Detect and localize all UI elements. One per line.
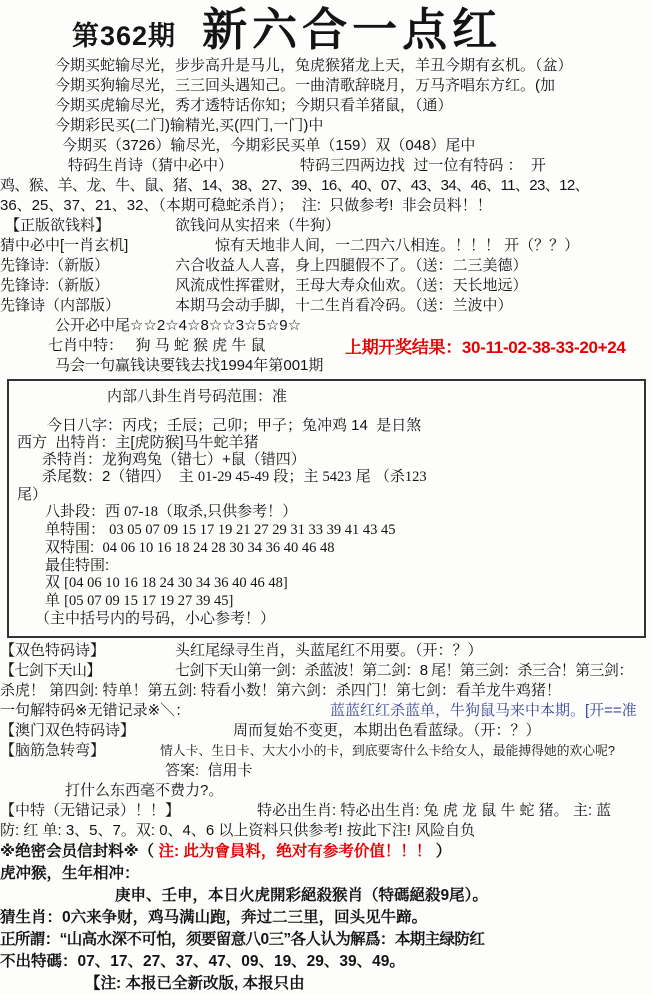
member-note-line: ※绝密会员信封料※（ 注: 此为會員料，绝对有参考价值！！！ ） (0, 841, 652, 863)
text-segment: 36、25、37、21、32、（本期可稳蛇杀肖）； 注: 只做参考! 非会员料！… (0, 197, 492, 214)
bazi-line-2: 西方 出特肖：主[虎防猴]马牛蛇羊猪 (17, 434, 638, 451)
text-segment: ） (431, 843, 451, 860)
middle-left-lines: 公开必中尾☆☆2☆4☆8☆☆3☆5☆9☆七肖中特： 狗 马 蛇 猴 虎 牛 鼠马… (0, 316, 345, 376)
text-segment: 先锋诗:（新版） (0, 256, 175, 276)
qixiaozhongte-line: 七肖中特： 狗 马 蛇 猴 虎 牛 鼠 (0, 336, 345, 356)
bottom-text-block: 【双色特码诗】头红尾绿寻生肖，头蓝尾红不用要。（开：？）【七剑下天山】七剑下天山… (0, 641, 652, 995)
text-segment: 六合收益人人喜，身上四腿假不了。（送：二三美德） (175, 257, 528, 274)
zuijia-dan-line: 单 [05 07 09 15 17 19 27 39 45] (17, 592, 638, 610)
text-segment: 马会一句赢钱诀要钱去找1994年第001期 (55, 357, 323, 374)
page-title: 新六合一点红 (202, 5, 502, 55)
naojin-line: 【脑筋急转弯】情人卡、生日卡、大大小小的卡，到底要寄什么卡给女人，最能搏得她的欢… (0, 741, 652, 761)
text-segment: 西方 出特肖：主[虎防猴]马牛蛇羊猪 (17, 434, 259, 451)
text-segment: 先锋诗:（新版） (0, 276, 175, 296)
text-segment: 猜生肖：0六来争财，鸡马满山跑，奔过二三里，回头见牛蹄。 (0, 909, 427, 926)
text-segment: 虎冲猴，生年相冲： (0, 865, 140, 882)
text-segment: 5423 (323, 469, 352, 485)
riddle2-line: 打什么东西毫不费力?。 (0, 781, 652, 801)
text-segment: 欲钱问从实招来（牛狗） (175, 217, 340, 234)
shataxiao-line: 杀特肖：龙狗鸡兔（错七）+鼠（错四） (17, 451, 638, 468)
text-segment: 本期马会动手脚，十二生肖看冷码。（送：兰波中） (175, 297, 513, 314)
zuijiatewei-line: 最佳特围: (17, 557, 638, 574)
text-segment: 正所謂：“山高水深不可怕，须要留意八0三”各人认为解爲：本期主绿防红 (0, 931, 484, 948)
xianfengshi-1: 先锋诗:（新版）六合收益人人喜，身上四腿假不了。（送：二三美德） (0, 256, 652, 276)
qijian-line-1: 【七剑下天山】七剑下天山第一剑：杀蓝波！第二剑：8 尾！第三剑：杀三合！第三剑： (0, 661, 652, 681)
text-segment: 鸡、猴、羊、龙、牛、鼠、猪、14、38、27、39、16、40、07、43、34… (0, 177, 589, 194)
lottery-tip-sheet: 第362期 新六合一点红 今期买蛇输尽光，步步高升是马儿，兔虎猴猪龙上天，羊丑今… (0, 0, 652, 995)
top-text-block: 今期买蛇输尽光，步步高升是马儿，兔虎猴猪龙上天，羊丑今期有玄机。（盆）今期买狗输… (0, 56, 652, 316)
baguaduan-line: 八卦段：西 07-18（取杀,只供参考！） (17, 503, 638, 521)
text-segment: 今期彩民买(二门)输精光,买(四门,一门)中 (55, 117, 323, 134)
text-segment: （主中括号内的号码，小心参考！） (35, 610, 275, 627)
zhengsuowei-line: 正所謂：“山高水深不可怕，须要留意八0三”各人认为解爲：本期主绿防红 (0, 929, 652, 951)
text-segment: 杀虎！ 第四剑: 特单！第五剑: 特看小数！第六剑：杀四门！第七剑：看羊龙牛鸡猪… (0, 682, 561, 699)
text-segment: ※绝密会员信封料※（ (0, 843, 158, 860)
text-segment: 段；主 (269, 468, 322, 485)
text-segment: 答案: 信用卡 (165, 762, 253, 779)
text-segment: 杀特肖：龙狗鸡兔（错七）+鼠（错四） (42, 451, 306, 468)
huchonghou-line: 虎冲猴，生年相冲： (0, 863, 652, 885)
gengshen-line: 庚申、壬申，本日火虎開彩絕殺猴肖（特碼絕殺9尾）。 (0, 885, 652, 907)
bagua-box: 内部八卦生肖号码范围：准今日八字：丙戌；壬辰；己卯；甲子；兔冲鸡 14 是日煞西… (7, 379, 646, 638)
text-segment: 今期买蛇输尽光，步步高升是马儿，兔虎猴猪龙上天，羊丑今期有玄机。（盆） (55, 57, 573, 74)
text-segment: 【脑筋急转弯】 (0, 741, 160, 761)
box-title: 内部八卦生肖号码范围：准 (17, 388, 638, 405)
aomen-line: 【澳门双色特码诗】周而复始不变更，本期出色看蓝绿。（开：？） (0, 721, 652, 741)
text-segment: 双特围: (45, 539, 103, 556)
caimin-line: 今期彩民买(二门)输精光,买(四门,一门)中 (0, 116, 652, 136)
last-draw-result-label: 上期开奖结果： (345, 338, 462, 357)
text-segment: 尾 （杀 (352, 468, 405, 485)
shaweishu-line-2: 尾） (17, 486, 638, 503)
text-segment: 双 (45, 574, 64, 591)
text-segment: 惊有天地非人间，一二四六八相连。！！！ 开（？？） (215, 237, 579, 254)
text-segment: 【正版欲钱料】 (5, 216, 175, 236)
text-segment: 周而复始不变更，本期出色看蓝绿。（开：？） (233, 722, 541, 739)
zuijia-shuang-line: 双 [04 06 10 16 18 24 30 34 36 40 46 48] (17, 574, 638, 592)
text-segment: 八卦段：西 (45, 503, 124, 520)
footer-note-line: 【注: 本报已全新改版, 本报只由 (0, 973, 652, 995)
text-segment: 杀尾数：2（错四） 主 (42, 468, 198, 485)
buchutema-line: 不出特碼：07、17、27、37、47、09、19、29、39、49。 (0, 951, 652, 973)
mahui-line: 马会一句赢钱诀要钱去找1994年第001期 (0, 356, 345, 376)
yijujiete-line: 一句解特码※无错记录※＼：蓝蓝红红杀蓝单，牛狗鼠马来中本期。[开==准 (0, 701, 652, 721)
text-segment: （取杀,只供参考！） (158, 503, 297, 520)
last-draw-result-numbers: 30-11-02-38-33-20+24 (462, 338, 626, 357)
text-segment: 特码生肖诗（猜中必中） (68, 156, 300, 176)
text-segment: 防: 红 单: 3、5、7。双: 0、4、6 以上资料只供参考! 按此下注! 风… (0, 822, 475, 839)
text-segment: 情人卡、生日卡、大大小小的卡，到底要寄什么卡给女人，最能搏得她的欢心呢? (160, 743, 615, 758)
text-segment: 01-29 45-49 (198, 469, 269, 485)
text-segment: 先锋诗（内部版） (0, 296, 175, 316)
text-segment: 123 (405, 469, 427, 485)
text-segment: 头红尾绿寻生肖，头蓝尾红不用要。（开：？） (175, 642, 483, 659)
text-segment: 今日八字：丙戌；壬辰；己卯；甲子；兔冲鸡 14 是日煞 (47, 417, 421, 434)
xianfengshi-2: 先锋诗:（新版）风流成性挥霍财，王母大寿众仙欢。（送：天长地远） (0, 276, 652, 296)
text-segment: 内部八卦生肖号码范围：准 (107, 388, 287, 405)
danshuang-line: 今期买（3726）输尽光，今期彩民买单（159）双（048）尾中 (0, 136, 652, 156)
middle-row: 公开必中尾☆☆2☆4☆8☆☆3☆5☆9☆七肖中特： 狗 马 蛇 猴 虎 牛 鼠马… (0, 316, 652, 376)
text-segment: 单 (45, 592, 64, 609)
xianfengshi-3: 先锋诗（内部版）本期马会动手脚，十二生肖看冷码。（送：兰波中） (0, 296, 652, 316)
text-segment: 特码三四两边找 过一位有特码 ： 开 (300, 157, 546, 174)
sheet-header: 第362期 新六合一点红 (0, 0, 652, 56)
text-segment: 今期买虎输尽光，秀才透特话你知；今期只看羊猪鼠，（通） (55, 97, 453, 114)
text-segment: 04 06 10 16 18 24 28 30 34 36 40 46 48 (103, 540, 335, 556)
text-segment: 07-18 (124, 504, 158, 520)
text-segment: 特必出生肖: 特必出生肖: 兔 虎 龙 鼠 牛 蛇 猪。 主: 蓝 (257, 802, 611, 819)
dantewei-line: 单特围： 03 05 07 09 15 17 19 21 27 29 31 33… (17, 521, 638, 539)
zhongte-line-1: 【中特（无错记录）！！】特必出生肖: 特必出生肖: 兔 虎 龙 鼠 牛 蛇 猪。… (0, 801, 652, 821)
qijian-line-2: 杀虎！ 第四剑: 特单！第五剑: 特看小数！第六剑：杀四门！第七剑：看羊龙牛鸡猪… (0, 681, 652, 701)
text-segment: 最佳特围: (45, 557, 109, 574)
zhongte-line-2: 防: 红 单: 3、5、7。双: 0、4、6 以上资料只供参考! 按此下注! 风… (0, 821, 652, 841)
shengxiaoshi-header: 特码生肖诗（猜中必中）特码三四两边找 过一位有特码 ： 开 (0, 156, 652, 176)
text-segment: 今期买狗输尽光，三三回头遇知己。一曲清歌辞晓月，万马齐唱东方红。(加 (55, 77, 555, 94)
text-segment: 03 05 07 09 15 17 19 21 27 29 31 33 39 4… (109, 522, 395, 538)
yuqianliao-line: 【正版欲钱料】欲钱问从实招来（牛狗） (0, 216, 652, 236)
text-segment: 【中特（无错记录）！！】 (0, 801, 257, 821)
poem-line-1: 今期买蛇输尽光，步步高升是马儿，兔虎猴猪龙上天，羊丑今期有玄机。（盆） (0, 56, 652, 76)
text-segment: 【注: 本报已全新改版, 本报只由 (85, 975, 305, 992)
poem-line-2: 今期买狗输尽光，三三回头遇知己。一曲清歌辞晓月，万马齐唱东方红。(加 (0, 76, 652, 96)
text-segment: 【澳门双色特码诗】 (0, 721, 233, 741)
answer-line: 答案: 信用卡 (0, 761, 652, 781)
text-segment: 猜中必中[一肖玄机] (0, 236, 215, 256)
shuangse-line: 【双色特码诗】头红尾绿寻生肖，头蓝尾红不用要。（开：？） (0, 641, 652, 661)
issue-number: 第362期 (72, 26, 176, 46)
text-segment: 单特围： (45, 521, 109, 538)
text-segment: 七剑下天山第一剑：杀蓝波！第二剑：8 尾！第三剑：杀三合！第三剑： (175, 662, 633, 679)
poem-line-3: 今期买虎输尽光，秀才透特话你知；今期只看羊猪鼠，（通） (0, 96, 652, 116)
number-list-2: 36、25、37、21、32、（本期可稳蛇杀肖）； 注: 只做参考! 非会员料！… (0, 196, 652, 216)
box-note-line: （主中括号内的号码，小心参考！） (17, 610, 638, 627)
text-segment: 【七剑下天山】 (0, 661, 175, 681)
text-segment: 七肖中特： 狗 马 蛇 猴 虎 牛 鼠 (48, 337, 266, 354)
shuangtewei-line: 双特围: 04 06 10 16 18 24 28 30 34 36 40 46… (17, 539, 638, 557)
last-draw-result: 上期开奖结果：30-11-02-38-33-20+24 (345, 338, 626, 358)
text-segment: 今期买（3726）输尽光，今期彩民买单（159）双（048）尾中 (62, 137, 475, 154)
yixiaoxuanji-line: 猜中必中[一肖玄机]惊有天地非人间，一二四六八相连。！！！ 开（？？） (0, 236, 652, 256)
bazi-line-1: 今日八字：丙戌；壬辰；己卯；甲子；兔冲鸡 14 是日煞 (17, 417, 638, 434)
shaweishu-line-1: 杀尾数：2（错四） 主 01-29 45-49 段；主 5423 尾 （杀123 (17, 468, 638, 486)
text-segment: 不出特碼：07、17、27、37、47、09、19、29、39、49。 (0, 953, 405, 970)
text-segment: 公开必中尾☆☆2☆4☆8☆☆3☆5☆9☆ (55, 317, 301, 334)
bizhongwei-line: 公开必中尾☆☆2☆4☆8☆☆3☆5☆9☆ (0, 316, 345, 336)
text-segment: 打什么东西毫不费力?。 (65, 782, 223, 799)
text-segment: [04 06 10 16 18 24 30 34 36 40 46 48] (64, 575, 288, 591)
text-segment: 注: 此为會員料，绝对有参考价值！！！ (158, 843, 431, 860)
text-segment: 一句解特码※无错记录※＼： (0, 701, 330, 721)
text-segment: 庚申、壬申，本日火虎開彩絕殺猴肖（特碼絕殺9尾）。 (115, 887, 488, 904)
text-segment: 风流成性挥霍财，王母大寿众仙欢。（送：天长地远） (175, 277, 528, 294)
text-segment: [05 07 09 15 17 19 27 39 45] (64, 593, 233, 609)
text-segment: 尾） (17, 486, 47, 503)
text-segment: 蓝蓝红红杀蓝单，牛狗鼠马来中本期。[开==准 (330, 702, 637, 719)
text-segment: 【双色特码诗】 (0, 641, 175, 661)
number-list-1: 鸡、猴、羊、龙、牛、鼠、猪、14、38、27、39、16、40、07、43、34… (0, 176, 652, 196)
caishengxiao-line: 猜生肖：0六来争财，鸡马满山跑，奔过二三里，回头见牛蹄。 (0, 907, 652, 929)
